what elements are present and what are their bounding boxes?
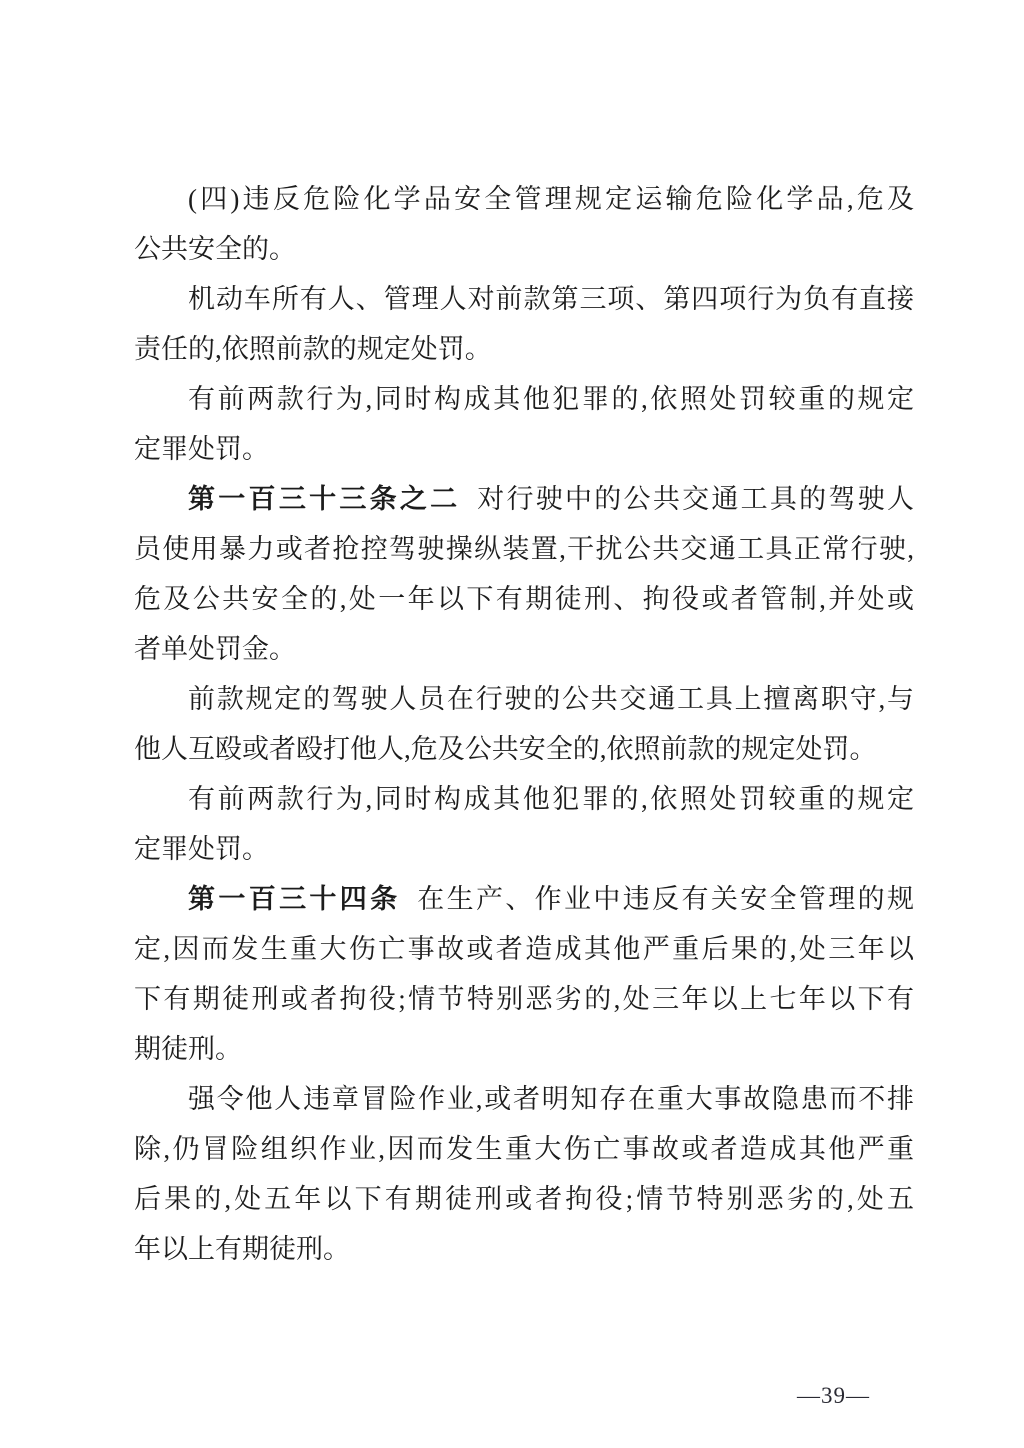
page-number: —39— [797,1381,870,1411]
text-line: 第一百三十三条之二对行驶中的公共交通工具的驾驶人 [134,474,914,524]
text-line: 机动车所有人、管理人对前款第三项、第四项行为负有直接 [134,274,914,324]
document-text: (四)违反危险化学品安全管理规定运输危险化学品,危及公共安全的。机动车所有人、管… [134,174,914,1274]
line-text: 下有期徒刑或者拘役;情节特别恶劣的,处三年以上七年以下有 [134,984,914,1014]
paragraph: 机动车所有人、管理人对前款第三项、第四项行为负有直接责任的,依照前款的规定处罚。 [134,274,914,374]
text-line: 责任的,依照前款的规定处罚。 [134,324,914,374]
text-line: 第一百三十四条在生产、作业中违反有关安全管理的规 [134,874,914,924]
line-text: 期徒刑。 [134,1034,242,1064]
line-text: 定,因而发生重大伤亡事故或者造成其他严重后果的,处三年以 [134,934,914,964]
text-line: 年以上有期徒刑。 [134,1224,914,1274]
text-line: 强令他人违章冒险作业,或者明知存在重大事故隐患而不排 [134,1074,914,1124]
line-text: 危及公共安全的,处一年以下有期徒刑、拘役或者管制,并处或 [134,584,914,614]
line-text: 年以上有期徒刑。 [134,1234,350,1264]
line-text: 后果的,处五年以下有期徒刑或者拘役;情节特别恶劣的,处五 [134,1184,914,1214]
paragraph: 前款规定的驾驶人员在行驶的公共交通工具上擅离职守,与他人互殴或者殴打他人,危及公… [134,674,914,774]
line-text: 前款规定的驾驶人员在行驶的公共交通工具上擅离职守,与 [188,684,914,714]
text-line: 定罪处罚。 [134,824,914,874]
text-line: 下有期徒刑或者拘役;情节特别恶劣的,处三年以上七年以下有 [134,974,914,1024]
text-line: 除,仍冒险组织作业,因而发生重大伤亡事故或者造成其他严重 [134,1124,914,1174]
paragraph: 第一百三十三条之二对行驶中的公共交通工具的驾驶人员使用暴力或者抢控驾驶操纵装置,… [134,474,914,674]
text-line: 定,因而发生重大伤亡事故或者造成其他严重后果的,处三年以 [134,924,914,974]
line-text: 除,仍冒险组织作业,因而发生重大伤亡事故或者造成其他严重 [134,1134,914,1164]
line-text: 有前两款行为,同时构成其他犯罪的,依照处罚较重的规定 [188,384,914,414]
text-line: 有前两款行为,同时构成其他犯罪的,依照处罚较重的规定 [134,774,914,824]
paragraph: (四)违反危险化学品安全管理规定运输危险化学品,危及公共安全的。 [134,174,914,274]
line-text: 责任的,依照前款的规定处罚。 [134,334,492,364]
text-line: 员使用暴力或者抢控驾驶操纵装置,干扰公共交通工具正常行驶, [134,524,914,574]
text-line: 有前两款行为,同时构成其他犯罪的,依照处罚较重的规定 [134,374,914,424]
line-text: 在生产、作业中违反有关安全管理的规 [417,884,914,914]
text-line: (四)违反危险化学品安全管理规定运输危险化学品,危及 [134,174,914,224]
text-line: 危及公共安全的,处一年以下有期徒刑、拘役或者管制,并处或 [134,574,914,624]
text-line: 后果的,处五年以下有期徒刑或者拘役;情节特别恶劣的,处五 [134,1174,914,1224]
line-text: 者单处罚金。 [134,634,296,664]
article-number-heading: 第一百三十四条 [188,884,401,914]
paragraph: 强令他人违章冒险作业,或者明知存在重大事故隐患而不排除,仍冒险组织作业,因而发生… [134,1074,914,1274]
paragraph: 有前两款行为,同时构成其他犯罪的,依照处罚较重的规定定罪处罚。 [134,774,914,874]
text-line: 他人互殴或者殴打他人,危及公共安全的,依照前款的规定处罚。 [134,724,914,774]
line-text: 强令他人违章冒险作业,或者明知存在重大事故隐患而不排 [188,1084,914,1114]
line-text: 定罪处罚。 [134,434,269,464]
text-line: 者单处罚金。 [134,624,914,674]
line-text: 对行驶中的公共交通工具的驾驶人 [477,484,914,514]
line-text: 有前两款行为,同时构成其他犯罪的,依照处罚较重的规定 [188,784,914,814]
article-number-heading: 第一百三十三条之二 [188,484,460,514]
text-line: 定罪处罚。 [134,424,914,474]
paragraph: 第一百三十四条在生产、作业中违反有关安全管理的规定,因而发生重大伤亡事故或者造成… [134,874,914,1074]
line-text: 公共安全的。 [134,234,296,264]
line-text: 他人互殴或者殴打他人,危及公共安全的,依照前款的规定处罚。 [134,734,877,764]
line-text: (四)违反危险化学品安全管理规定运输危险化学品,危及 [188,184,914,214]
text-line: 前款规定的驾驶人员在行驶的公共交通工具上擅离职守,与 [134,674,914,724]
document-page: (四)违反危险化学品安全管理规定运输危险化学品,危及公共安全的。机动车所有人、管… [0,0,1024,1448]
text-line: 期徒刑。 [134,1024,914,1074]
line-text: 机动车所有人、管理人对前款第三项、第四项行为负有直接 [188,284,914,314]
paragraph: 有前两款行为,同时构成其他犯罪的,依照处罚较重的规定定罪处罚。 [134,374,914,474]
line-text: 员使用暴力或者抢控驾驶操纵装置,干扰公共交通工具正常行驶, [134,534,914,564]
text-line: 公共安全的。 [134,224,914,274]
line-text: 定罪处罚。 [134,834,269,864]
